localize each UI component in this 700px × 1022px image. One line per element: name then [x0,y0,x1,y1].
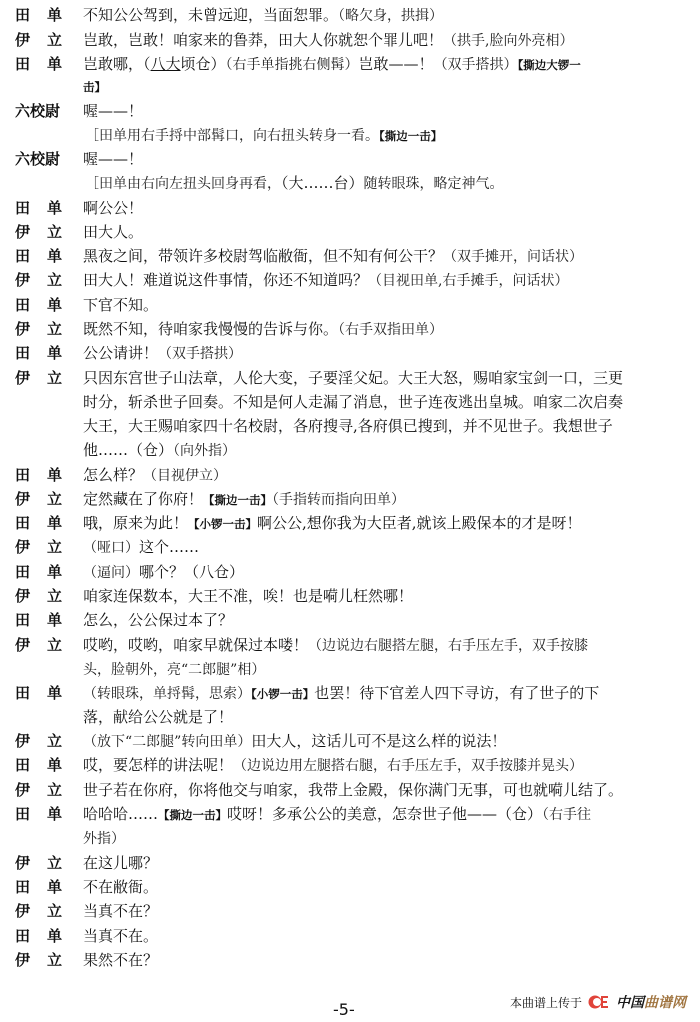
speaker-name: 田单 [15,464,79,486]
spoken-text: 岂敢——！ [359,55,434,73]
brand-logo-icon [588,994,610,1010]
line-text: 岂敢，岂敢！咱家来的鲁莽，田大人你就恕个罪儿吧！（拱手,脸向外亮相） [83,29,573,52]
dialogue-line: 田单哦，原来为此！【小锣一击】啊公公,想你我为大臣者,就该上殿保本的才是呀！ [0,512,700,534]
stage-note: 外指） [83,831,125,847]
speaker-name: 伊立 [15,536,79,558]
dialogue-line: 伊立岂敢，岂敢！咱家来的鲁莽，田大人你就恕个罪儿吧！（拱手,脸向外亮相） [0,29,700,51]
speaker-name: 田单 [15,342,79,364]
spoken-text: 既然不知，待咱家我慢慢的告诉与你。 [83,320,338,338]
script-page: 田单不知公公驾到，未曾远迎，当面恕罪。（略欠身，拱揖）伊立岂敢，岂敢！咱家来的鲁… [0,0,700,1022]
spoken-text: 哈哈哈…… [83,805,158,823]
line-text: 只因东宫世子山法章，人伦大变，子要淫父妃。大王大怒，赐咱家宝剑一口，三更 [83,367,623,389]
line-text: 哎哟，哎哟，咱家早就保过本喽！（边说边右腿搭左腿，右手压左手，双手按膝 [83,634,588,657]
percussion-cue: 【小锣一击】 [188,517,257,531]
speaker-name: 伊立 [15,779,79,801]
brand-name-part2: 曲谱网 [644,992,686,1012]
dialogue-line: 田单黑夜之间，带领许多校尉驾临敝衙，但不知有何公干？（双手摊开，问话状） [0,245,700,267]
line-text: （哑口）这个…… [83,536,199,559]
stage-note: （转眼珠，单捋髯，思索） [83,686,251,702]
speaker-name: 田单 [15,609,79,631]
continuation-line: 击】 [0,75,700,97]
stage-note: （边说边右腿搭左腿，右手压左手，双手按膝 [308,638,588,654]
watermark[interactable]: 本曲谱上传于 中国 曲谱网 [510,992,686,1012]
speaker-name: 田单 [15,294,79,316]
spoken-text: 哎，要怎样的讲法呢！ [83,756,233,774]
line-text: 头，脸朝外，亮“二郎腿”相） [83,658,265,681]
dialogue-line: 田单岂敢哪，（八大顷仓）（右手单指挑右侧髯）岂敢——！（双手搭拱）【撕边大锣一 [0,53,700,75]
line-text: 哎，要怎样的讲法呢！（边说边用左腿搭右腿，右手压左手，双手按膝并晃头） [83,754,583,777]
spoken-text: 黑夜之间，带领许多校尉驾临敝衙，但不知有何公干？ [83,247,443,265]
line-text: （转眼珠，单捋髯，思索）【小锣一击】也罢！待下官差人四下寻访，有了世子的下 [83,682,599,705]
stage-note: （目视田单,右手摊手，问话状） [368,273,568,289]
percussion-cue: 击】 [83,80,106,94]
continuation-line: 外指） [0,827,700,849]
dialogue-line: 伊立（哑口）这个…… [0,536,700,558]
spoken-text: 怎么，公公保过本了？ [83,611,233,629]
stage-note: （拱手,脸向外亮相） [443,33,573,49]
stage-direction-line: ［田单用右手捋中部髯口，向右扭头转身一看。【撕边一击】 [0,124,700,146]
dialogue-line: 伊立哎哟，哎哟，咱家早就保过本喽！（边说边右腿搭左腿，右手压左手，双手按膝 [0,634,700,656]
continuation-line: 落，献给公公就是了！ [0,706,700,728]
dialogue-line: 田单不在敝衙。 [0,876,700,898]
spoken-text: 岂敢哪，（ [83,55,151,73]
line-text: ［田单由右向左扭头回身再看，（大……台）随转眼珠，略定神气。 [85,172,504,195]
stage-note: （略欠身，拱揖） [338,8,443,24]
line-text: （放下“二郎腿”转向田单）田大人，这话儿可不是这么样的说法！ [83,730,506,753]
stage-note: （逼问） [83,565,139,581]
spoken-text: 岂敢，岂敢！咱家来的鲁莽，田大人你就恕个罪儿吧！ [83,31,443,49]
line-text: 果然不在？ [83,949,158,971]
dialogue-line: 田单公公请讲！（双手搭拱） [0,342,700,364]
percussion-cue: 【撕边一击】 [379,129,442,143]
speaker-name: 伊立 [15,949,79,971]
dialogue-line: 伊立果然不在？ [0,949,700,971]
speaker-name: 田单 [15,197,79,219]
speaker-name: 伊立 [15,221,79,243]
speaker-name: 伊立 [15,852,79,874]
speaker-name: 伊立 [15,585,79,607]
line-text: 当真不在？ [83,900,158,922]
speaker-name: 六校尉 [15,100,60,122]
line-text: 不知公公驾到，未曾远迎，当面恕罪。（略欠身，拱揖） [83,4,443,27]
spoken-text: 哪个？（八仓） [139,563,244,581]
spoken-text: 下官不知。 [83,296,158,314]
spoken-text: 不知公公驾到，未曾远迎，当面恕罪。 [83,6,338,24]
spoken-text: 啊公公！ [83,199,143,217]
stage-note: （双手搭拱） [158,346,242,362]
spoken-text: 他……（仓） [83,441,173,459]
stage-note: ［田单用右手捋中部髯口，向右扭头转身一看。 [85,128,379,144]
speaker-name: 伊立 [15,29,79,51]
dialogue-line: 田单（逼问）哪个？（八仓） [0,561,700,583]
line-text: 怎么样？（目视伊立） [83,464,227,487]
dialogue-line: 伊立田大人！难道说这件事情，你还不知道吗？（目视田单,右手摊手，问话状） [0,269,700,291]
watermark-text: 本曲谱上传于 [510,994,582,1011]
stage-note: （边说边用左腿搭右腿，右手压左手，双手按膝并晃头） [233,758,583,774]
spoken-text: 哦，原来为此！ [83,514,188,532]
stage-note: （双手搭拱） [434,57,518,73]
spoken-text: 喔——！ [83,150,143,168]
spoken-text: 大王，大王赐咱家四十名校尉，各府搜寻,各府俱已搜到，并不见世子。我想世子 [83,417,613,435]
spoken-text: 喔——！ [83,102,143,120]
spoken-text: 啊公公,想你我为大臣者,就该上殿保本的才是呀！ [257,514,582,532]
stage-note: （目视伊立） [143,468,227,484]
spoken-text: 这个…… [139,538,199,556]
spoken-text: 落，献给公公就是了！ [83,708,233,726]
dialogue-line: 伊立（放下“二郎腿”转向田单）田大人，这话儿可不是这么样的说法！ [0,730,700,752]
stage-direction-line: ［田单由右向左扭头回身再看，（大……台）随转眼珠，略定神气。 [0,172,700,194]
spoken-text: 田大人。 [83,223,143,241]
spoken-text: 也罢！待下官差人四下寻访，有了世子的下 [314,684,599,702]
line-text: 咱家连保数本，大王不准，唉！也是嗬儿枉然哪！ [83,585,413,607]
speaker-name: 田单 [15,245,79,267]
line-text: 喔——！ [83,100,143,122]
page-number: -5- [333,1000,355,1019]
speaker-name: 伊立 [15,269,79,291]
dialogue-line: 伊立田大人。 [0,221,700,243]
speaker-name: 田单 [15,4,79,26]
percussion-cue: 【撕边大锣一 [518,58,581,72]
speaker-name: 田单 [15,876,79,898]
percussion-cue: 【撕边一击】 [158,808,227,822]
line-text: 公公请讲！（双手搭拱） [83,342,242,365]
spoken-text: 世子若在你府，你将他交与咱家，我带上金殿，保你满门无事，可也就嗬儿结了。 [83,781,623,799]
spoken-text: 果然不在？ [83,951,158,969]
spoken-text: 在这儿哪？ [83,854,158,872]
spoken-text: 不在敝衙。 [83,878,158,896]
dialogue-line: 六校尉喔——！ [0,100,700,122]
speaker-name: 伊立 [15,730,79,752]
percussion-cue: 【撕边一击】 [203,493,272,507]
line-text: 世子若在你府，你将他交与咱家，我带上金殿，保你满门无事，可也就嗬儿结了。 [83,779,623,801]
dialogue-line: 伊立世子若在你府，你将他交与咱家，我带上金殿，保你满门无事，可也就嗬儿结了。 [0,779,700,801]
line-text: ［田单用右手捋中部髯口，向右扭头转身一看。【撕边一击】 [85,124,442,147]
spoken-text: 定然藏在了你府！ [83,490,203,508]
dialogue-line: 田单哎，要怎样的讲法呢！（边说边用左腿搭右腿，右手压左手，双手按膝并晃头） [0,754,700,776]
speaker-name: 田单 [15,53,79,75]
dialogue-line: 田单（转眼珠，单捋髯，思索）【小锣一击】也罢！待下官差人四下寻访，有了世子的下 [0,682,700,704]
line-text: 时分，斩杀世子回奏。不知是何人走漏了消息，世子连夜逃出皇城。咱家二次启奏 [83,391,623,413]
speaker-name: 田单 [15,925,79,947]
speaker-name: 田单 [15,561,79,583]
line-text: 田大人。 [83,221,143,243]
spoken-text: 田大人！难道说这件事情，你还不知道吗？ [83,271,368,289]
line-text: 当真不在。 [83,925,158,947]
speaker-name: 伊立 [15,634,79,656]
speaker-name: 伊立 [15,900,79,922]
stage-note: （手指转而指向田单） [272,492,405,508]
brand-name-part1: 中国 [616,992,644,1012]
line-text: 定然藏在了你府！【撕边一击】（手指转而指向田单） [83,488,405,511]
line-text: 在这儿哪？ [83,852,158,874]
spoken-text: 当真不在。 [83,927,158,945]
dialogue-line: 伊立当真不在？ [0,900,700,922]
percussion-cue: 【小锣一击】 [251,687,314,701]
stage-note: （右手双指田单） [338,322,443,338]
dialogue-line: 田单啊公公！ [0,197,700,219]
dialogue-line: 田单不知公公驾到，未曾远迎，当面恕罪。（略欠身，拱揖） [0,4,700,26]
line-text: 他……（仓）（向外指） [83,439,236,462]
speaker-name: 六校尉 [15,148,60,170]
stage-note: （哑口） [83,540,139,556]
speaker-name: 伊立 [15,488,79,510]
stage-note: 随转眼珠，略定神气。 [364,176,504,192]
stage-note: （放下“二郎腿”转向田单） [83,734,251,750]
spoken-text: 时分，斩杀世子回奏。不知是何人走漏了消息，世子连夜逃出皇城。咱家二次启奏 [83,393,623,411]
spoken-text: 公公请讲！ [83,344,158,362]
speaker-name: 田单 [15,803,79,825]
continuation-line: 他……（仓）（向外指） [0,439,700,461]
line-text: 啊公公！ [83,197,143,219]
line-text: 哈哈哈……【撕边一击】哎呀！多承公公的美意，怎奈世子他——（仓）（右手往 [83,803,591,826]
spoken-text: 八大 [151,55,181,73]
spoken-text: 顷仓） [181,55,226,73]
spoken-text: 当真不在？ [83,902,158,920]
stage-note: （右手往 [542,807,591,823]
spoken-text: 只因东宫世子山法章，人伦大变，子要淫父妃。大王大怒，赐咱家宝剑一口，三更 [83,369,623,387]
dialogue-line: 田单怎么，公公保过本了？ [0,609,700,631]
spoken-text: 怎么样？ [83,466,143,484]
dialogue-line: 田单哈哈哈……【撕边一击】哎呀！多承公公的美意，怎奈世子他——（仓）（右手往 [0,803,700,825]
line-text: 黑夜之间，带领许多校尉驾临敝衙，但不知有何公干？（双手摊开，问话状） [83,245,583,268]
line-text: 既然不知，待咱家我慢慢的告诉与你。（右手双指田单） [83,318,443,341]
spoken-text: 咱家连保数本，大王不准，唉！也是嗬儿枉然哪！ [83,587,413,605]
speaker-name: 田单 [15,682,79,704]
dialogue-line: 伊立在这儿哪？ [0,852,700,874]
line-text: （逼问）哪个？（八仓） [83,561,244,584]
dialogue-line: 伊立既然不知，待咱家我慢慢的告诉与你。（右手双指田单） [0,318,700,340]
speaker-name: 伊立 [15,318,79,340]
line-text: 大王，大王赐咱家四十名校尉，各府搜寻,各府俱已搜到，并不见世子。我想世子 [83,415,613,437]
speaker-name: 田单 [15,754,79,776]
line-text: 击】 [83,75,106,98]
line-text: 怎么，公公保过本了？ [83,609,233,631]
line-text: 落，献给公公就是了！ [83,706,233,728]
line-text: 下官不知。 [83,294,158,316]
line-text: 不在敝衙。 [83,876,158,898]
continuation-line: 头，脸朝外，亮“二郎腿”相） [0,658,700,680]
dialogue-line: 伊立只因东宫世子山法章，人伦大变，子要淫父妃。大王大怒，赐咱家宝剑一口，三更 [0,367,700,389]
dialogue-line: 六校尉喔——！ [0,148,700,170]
stage-note: 头，脸朝外，亮“二郎腿”相） [83,662,265,678]
speaker-name: 田单 [15,512,79,534]
spoken-text: 哎哟，哎哟，咱家早就保过本喽！ [83,636,308,654]
stage-note: （双手摊开，问话状） [443,249,583,265]
stage-note: ［田单由右向左扭头回身再看， [85,176,281,192]
dialogue-line: 伊立咱家连保数本，大王不准，唉！也是嗬儿枉然哪！ [0,585,700,607]
spoken-text: 田大人，这话儿可不是这么样的说法！ [251,732,506,750]
speaker-name: 伊立 [15,367,79,389]
dialogue-line: 田单当真不在。 [0,925,700,947]
line-text: 哦，原来为此！【小锣一击】啊公公,想你我为大臣者,就该上殿保本的才是呀！ [83,512,582,535]
spoken-text: 哎呀！多承公公的美意，怎奈世子他——（仓） [227,805,542,823]
line-text: 田大人！难道说这件事情，你还不知道吗？（目视田单,右手摊手，问话状） [83,269,568,292]
dialogue-line: 田单怎么样？（目视伊立） [0,464,700,486]
dialogue-line: 伊立定然藏在了你府！【撕边一击】（手指转而指向田单） [0,488,700,510]
continuation-line: 大王，大王赐咱家四十名校尉，各府搜寻,各府俱已搜到，并不见世子。我想世子 [0,415,700,437]
stage-note: （向外指） [173,443,236,459]
stage-note: （右手单指挑右侧髯） [226,57,359,73]
spoken-text: （大……台） [281,174,364,192]
line-text: 岂敢哪，（八大顷仓）（右手单指挑右侧髯）岂敢——！（双手搭拱）【撕边大锣一 [83,53,581,76]
line-text: 喔——！ [83,148,143,170]
dialogue-line: 田单下官不知。 [0,294,700,316]
continuation-line: 时分，斩杀世子回奏。不知是何人走漏了消息，世子连夜逃出皇城。咱家二次启奏 [0,391,700,413]
line-text: 外指） [83,827,125,850]
